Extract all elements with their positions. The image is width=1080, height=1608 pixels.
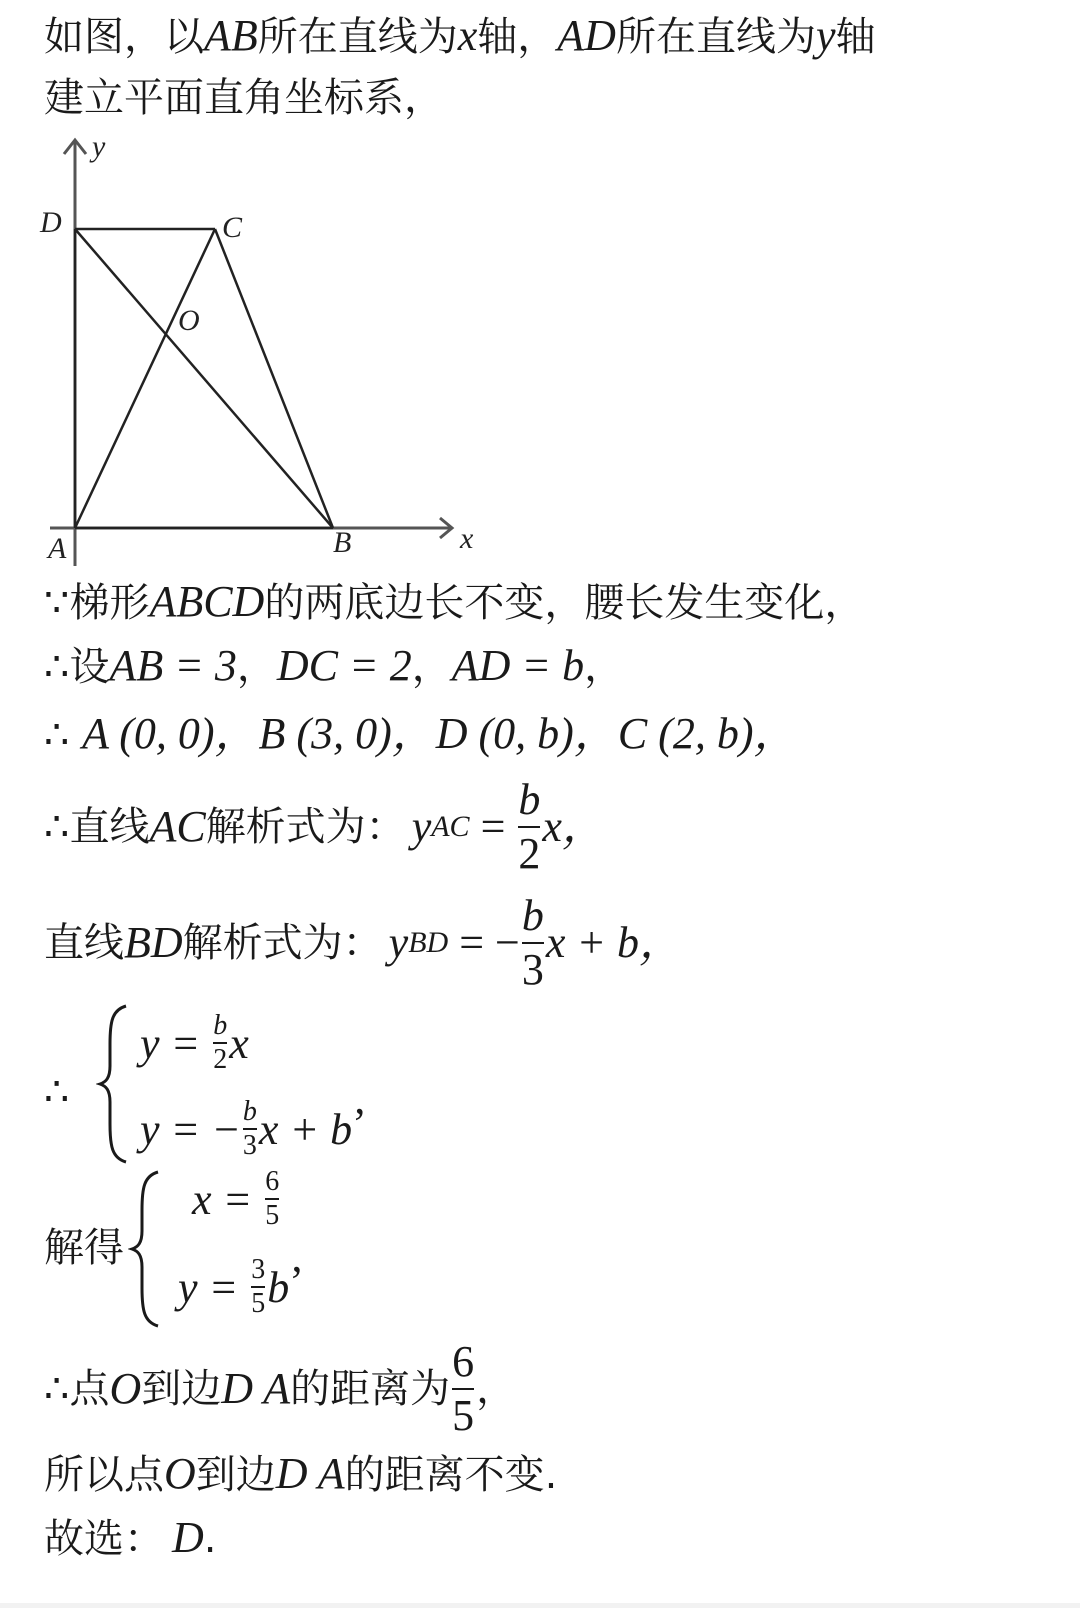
solution-row-y: y = 35 b ’	[178, 1256, 304, 1318]
answer-choice: D	[172, 1513, 204, 1562]
math-abcd: ABCD	[149, 577, 264, 626]
math-lhs: x =	[192, 1174, 263, 1225]
label-x-axis: x	[459, 522, 474, 555]
numerator: 3	[251, 1256, 265, 1284]
step-2: ∴设AB = 3，DC = 2，AD = b，	[44, 642, 624, 691]
math-tail: x	[229, 1018, 249, 1069]
numerator: b	[243, 1098, 257, 1126]
fraction-bar	[452, 1388, 474, 1390]
math-tail: b	[267, 1262, 289, 1313]
text: 所在直线为	[616, 14, 816, 60]
comma: ’	[352, 1098, 367, 1149]
step-5: 直线BD解析式为： yBD = − b3x + b，	[44, 888, 683, 998]
text: 的距离为	[290, 1365, 450, 1413]
text: 的两底边长不变，腰长发生变化，	[264, 580, 864, 626]
text: 所以点	[44, 1452, 164, 1498]
math-ad-eq: AD = b	[452, 641, 584, 690]
fraction-b-over-3: b3	[522, 894, 544, 992]
text: .	[204, 1516, 217, 1562]
denominator: 5	[265, 1202, 279, 1230]
step-10-answer: 故选：D.	[44, 1514, 217, 1563]
fraction-6-over-5: 65	[265, 1168, 279, 1230]
fraction-bar	[522, 942, 544, 944]
step-8: ∴点O到边D A的距离为 65，	[44, 1334, 516, 1444]
text: 直线	[69, 803, 149, 851]
text: 点	[69, 1365, 109, 1413]
math-coordinates: A (0, 0)，B (3, 0)，D (0, b)，C (2, b)，	[82, 709, 797, 758]
denominator: 2	[518, 832, 540, 876]
math-y: y	[389, 919, 409, 967]
math-lhs: y =	[178, 1262, 249, 1313]
text: 直线	[44, 919, 124, 967]
therefore-symbol: ∴	[44, 644, 69, 690]
diagonal-bd	[75, 229, 333, 528]
denominator: 3	[522, 948, 544, 992]
denominator: 5	[452, 1394, 474, 1438]
fraction-6-over-5: 65	[452, 1340, 474, 1438]
fraction: b2	[213, 1012, 227, 1074]
label-y-axis: y	[89, 130, 106, 163]
equals-minus: = −	[448, 919, 520, 967]
system-row-2: y = − b3 x + b ’	[140, 1098, 367, 1160]
math-ad: AD	[557, 11, 616, 60]
math-tail: x + b	[259, 1104, 352, 1155]
math-da: D A	[221, 1365, 290, 1413]
math-y: y	[816, 11, 836, 60]
step-1: ∵梯形ABCD的两底边长不变，腰长发生变化，	[44, 578, 864, 627]
solve-label: 解得	[44, 1224, 124, 1272]
numerator: b	[518, 778, 540, 822]
denominator: 2	[213, 1046, 227, 1074]
numerator: b	[522, 894, 544, 938]
math-ab-eq: AB = 3	[109, 641, 236, 690]
text: ，	[237, 644, 277, 690]
fraction: b3	[243, 1098, 257, 1160]
text: 到边	[141, 1365, 221, 1413]
fraction-3-over-5: 35	[251, 1256, 265, 1318]
text: 轴	[835, 14, 875, 60]
subscript-bd: BD	[408, 919, 448, 967]
label-a: A	[46, 532, 67, 565]
math-y: y	[412, 803, 432, 851]
math-ac: AC	[149, 803, 205, 851]
trapezoid-diagram: y x D C O A B	[0, 0, 500, 570]
math-bd: BD	[124, 919, 183, 967]
text: 梯形	[69, 580, 149, 626]
text: 的距离不变.	[345, 1452, 558, 1498]
math-da: D A	[276, 1449, 345, 1498]
system-row-1: y = b2 x	[140, 1012, 249, 1074]
label-o: O	[178, 304, 200, 337]
because-symbol: ∵	[44, 580, 69, 626]
numerator: 6	[265, 1168, 279, 1196]
label-d: D	[39, 206, 62, 239]
edge-cb	[215, 229, 333, 528]
fraction-b-over-2: b2	[518, 778, 540, 876]
denominator: 5	[251, 1290, 265, 1318]
math-lhs: y =	[140, 1018, 211, 1069]
text: 解析式为：	[183, 919, 383, 967]
text: 解析式为：	[206, 803, 406, 851]
math-dc-eq: DC = 2	[277, 641, 412, 690]
label-b: B	[333, 526, 351, 559]
solution-row-x: x = 65	[192, 1168, 281, 1230]
math-o: O	[109, 1365, 141, 1413]
text: ，	[476, 1365, 516, 1413]
math-lhs: y = −	[140, 1104, 241, 1155]
text: ，	[584, 644, 624, 690]
left-brace-icon	[128, 1170, 164, 1328]
numerator: 6	[452, 1340, 474, 1384]
diagonal-ac	[75, 229, 215, 528]
bottom-divider	[0, 1603, 1080, 1608]
subscript-ac: AC	[431, 803, 469, 851]
text: 到边	[196, 1452, 276, 1498]
text: 设	[69, 644, 109, 690]
math-tail: x，	[542, 803, 606, 851]
text: ，	[412, 644, 452, 690]
step-3: ∴ A (0, 0)，B (3, 0)，D (0, b)，C (2, b)，	[44, 710, 797, 759]
numerator: b	[213, 1012, 227, 1040]
math-tail: x + b，	[546, 919, 683, 967]
text: 故选：	[44, 1516, 164, 1562]
label-c: C	[222, 211, 243, 244]
comma: ’	[289, 1256, 304, 1307]
left-brace-icon	[96, 1004, 132, 1164]
step-4: ∴直线AC解析式为： yAC = b2x，	[44, 772, 606, 882]
therefore-symbol: ∴	[44, 712, 69, 758]
denominator: 3	[243, 1132, 257, 1160]
therefore-symbol: ∴	[44, 1068, 69, 1116]
step-9: 所以点O到边D A的距离不变.	[44, 1450, 557, 1499]
equals: =	[470, 803, 517, 851]
therefore-symbol: ∴	[44, 803, 69, 851]
math-o: O	[164, 1449, 196, 1498]
therefore-symbol: ∴	[44, 1365, 69, 1413]
fraction-bar	[518, 826, 540, 828]
